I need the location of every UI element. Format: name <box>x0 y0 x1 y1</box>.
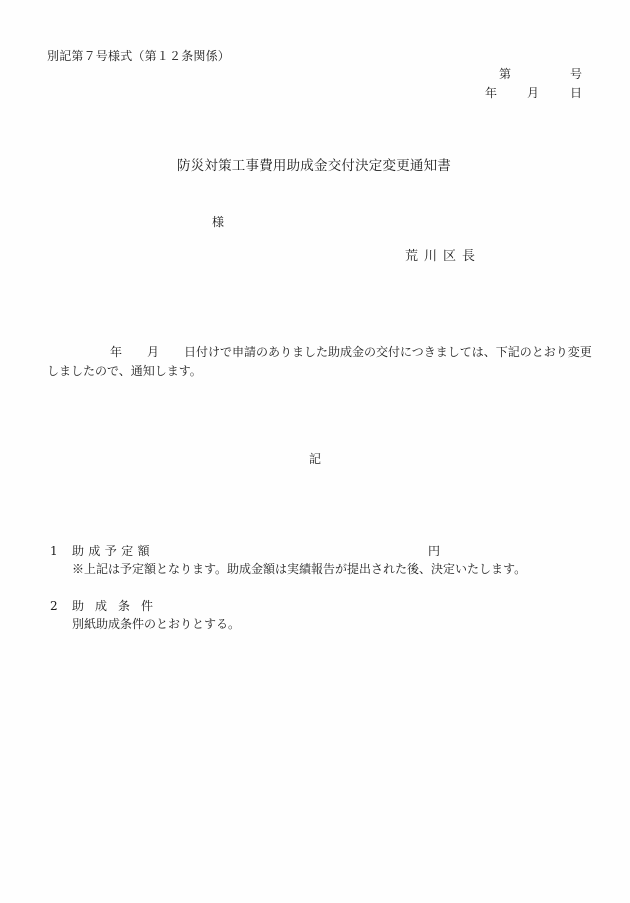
document-page: 別記第７号様式（第１２条関係） 第 号 年 月 日 防災対策工事費用助成金交付決… <box>0 0 630 903</box>
body-text: 日付けで申請のありました助成金の交付につきましては、下記のとおり変更しましたので… <box>47 345 592 378</box>
date-year-label: 年 <box>485 87 497 99</box>
item-1-label: 助成予定額 <box>72 545 154 557</box>
document-number-prefix: 第 <box>499 68 511 80</box>
date-day-label: 日 <box>570 87 582 99</box>
form-reference: 別記第７号様式（第１２条関係） <box>47 50 230 62</box>
date-month-label: 月 <box>527 87 539 99</box>
ki-heading: 記 <box>309 453 321 465</box>
item-2-note: 別紙助成条件のとおりとする。 <box>72 618 240 630</box>
item-2-number: 2 <box>50 600 58 612</box>
document-title: 防災対策工事費用助成金交付決定変更通知書 <box>177 160 451 174</box>
body-month-label: 月 <box>147 345 159 359</box>
issuer-name: 荒川区長 <box>405 250 481 263</box>
item-1-note: ※上記は予定額となります。助成金額は実績報告が提出された後、決定いたします。 <box>72 563 526 575</box>
addressee-honorific: 様 <box>212 216 224 228</box>
body-year-label: 年 <box>110 345 122 359</box>
item-1-number: 1 <box>50 545 58 557</box>
item-2-label: 助成条件 <box>72 600 164 612</box>
item-1-unit: 円 <box>428 545 440 557</box>
body-paragraph: 年月日付けで申請のありました助成金の交付につきましては、下記のとおり変更しました… <box>47 343 592 381</box>
document-number-suffix: 号 <box>570 68 582 80</box>
